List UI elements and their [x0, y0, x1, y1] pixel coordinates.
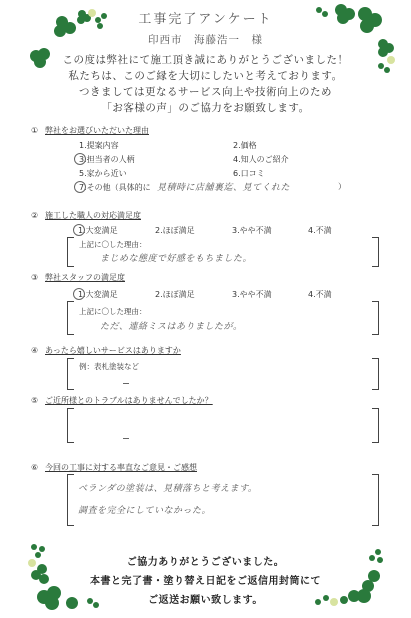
q2-option-3[interactable]: 3.やや不満 — [232, 225, 272, 236]
q1-close-paren: ） — [338, 181, 346, 192]
q1-other-answer[interactable]: 見積時に店舗裏迄、見てくれた — [157, 180, 290, 193]
q4-example-text: 例：表札塗装など — [79, 361, 139, 372]
q3-option-2[interactable]: 2.ほぼ満足 — [155, 289, 195, 300]
q1-option-5[interactable]: 5.家から近い — [79, 168, 127, 179]
q1-option-3[interactable]: 3.担当者の人柄 — [79, 154, 135, 165]
question-5-number: ⑤ — [31, 396, 45, 405]
question-5-heading: ⑤ご近所様とのトラブルはありませんでしたか？ — [31, 395, 213, 406]
page-title: 工事完了アンケート — [0, 8, 411, 27]
question-2-number: ② — [31, 211, 45, 220]
outro-line-1: ご協力ありがとうございました。 — [0, 553, 411, 568]
question-1-title: 弊社をお選びいただいた理由 — [45, 126, 149, 135]
question-3-number: ③ — [31, 273, 45, 282]
question-5-title: ご近所様とのトラブルはありませんでしたか？ — [45, 396, 213, 405]
q3-reason-answer[interactable]: ただ、連絡ミスはありましたが。 — [100, 319, 243, 332]
question-1-heading: ①弊社をお選びいただいた理由 — [31, 125, 149, 136]
question-4-heading: ④あったら嬉しいサービスはありますか — [31, 345, 181, 356]
q4-bracket-right — [372, 358, 379, 390]
q2-reason-answer[interactable]: まじめな態度で好感をもちました。 — [100, 251, 252, 264]
question-6-heading: ⑥今回の工事に対する率直なご意見・ご感想 — [31, 462, 197, 473]
q1-option-2[interactable]: 2.価格 — [233, 140, 257, 151]
q2-selected-circle-1 — [73, 224, 85, 236]
intro-line-1: この度は弊社にて施工頂き誠にありがとうございました！ — [0, 52, 411, 67]
intro-line-3: つきましては更なるサービス向上や技術向上のため — [0, 84, 411, 99]
q2-reason-label: 上記に〇した理由： — [79, 239, 147, 250]
q3-option-4[interactable]: 4.不満 — [308, 289, 332, 300]
q2-option-2[interactable]: 2.ほぼ満足 — [155, 225, 195, 236]
q6-bracket-left — [67, 474, 74, 526]
q1-option-7[interactable]: 7.その他（具体的に — [79, 182, 151, 193]
q3-reason-label: 上記に〇した理由： — [79, 306, 147, 317]
question-3-heading: ③弊社スタッフの満足度 — [31, 272, 125, 283]
q2-bracket-left — [67, 237, 74, 267]
question-6-title: 今回の工事に対する率直なご意見・ご感想 — [45, 463, 197, 472]
q1-option-1[interactable]: 1.提案内容 — [79, 140, 119, 151]
question-4-number: ④ — [31, 346, 45, 355]
q4-bracket-left — [67, 358, 74, 390]
intro-line-4: 「お客様の声」のご協力をお願致します。 — [0, 100, 411, 115]
q1-selected-circle-7 — [74, 181, 86, 193]
q5-answer-area[interactable] — [123, 438, 129, 439]
intro-line-2: 私たちは、このご縁を大切にしたいと考えております。 — [0, 68, 411, 83]
q1-selected-circle-3 — [74, 153, 86, 165]
q6-bracket-right — [372, 474, 379, 526]
outro-line-2: 本書と完了書・塗り替え日記をご返信用封筒にて — [0, 572, 411, 587]
q2-option-4[interactable]: 4.不満 — [308, 225, 332, 236]
question-6-number: ⑥ — [31, 463, 45, 472]
question-2-title: 施工した職人の対応満足度 — [45, 211, 141, 220]
q3-bracket-right — [372, 301, 379, 335]
question-3-title: 弊社スタッフの満足度 — [45, 273, 125, 282]
outro-line-3: ご返送お願い致します。 — [0, 591, 411, 606]
recipient-name: 印西市 海藤浩一 様 — [0, 32, 411, 47]
q3-selected-circle-1 — [73, 288, 85, 300]
question-1-number: ① — [31, 126, 45, 135]
q3-option-3[interactable]: 3.やや不満 — [232, 289, 272, 300]
q2-bracket-right — [372, 237, 379, 267]
q4-answer-area[interactable] — [123, 383, 129, 384]
question-2-heading: ②施工した職人の対応満足度 — [31, 210, 141, 221]
q6-answer-line-2[interactable]: 調査を完全にしていなかった。 — [78, 503, 211, 516]
q6-answer-line-1[interactable]: ベランダの塗装は、見積落ちと考えます。 — [78, 481, 257, 494]
q1-option-4[interactable]: 4.知人のご紹介 — [233, 154, 289, 165]
q1-option-6[interactable]: 6.口コミ — [233, 168, 265, 179]
question-4-title: あったら嬉しいサービスはありますか — [45, 346, 181, 355]
q5-bracket-right — [372, 408, 379, 443]
q3-bracket-left — [67, 301, 74, 335]
q5-bracket-left — [67, 408, 74, 443]
